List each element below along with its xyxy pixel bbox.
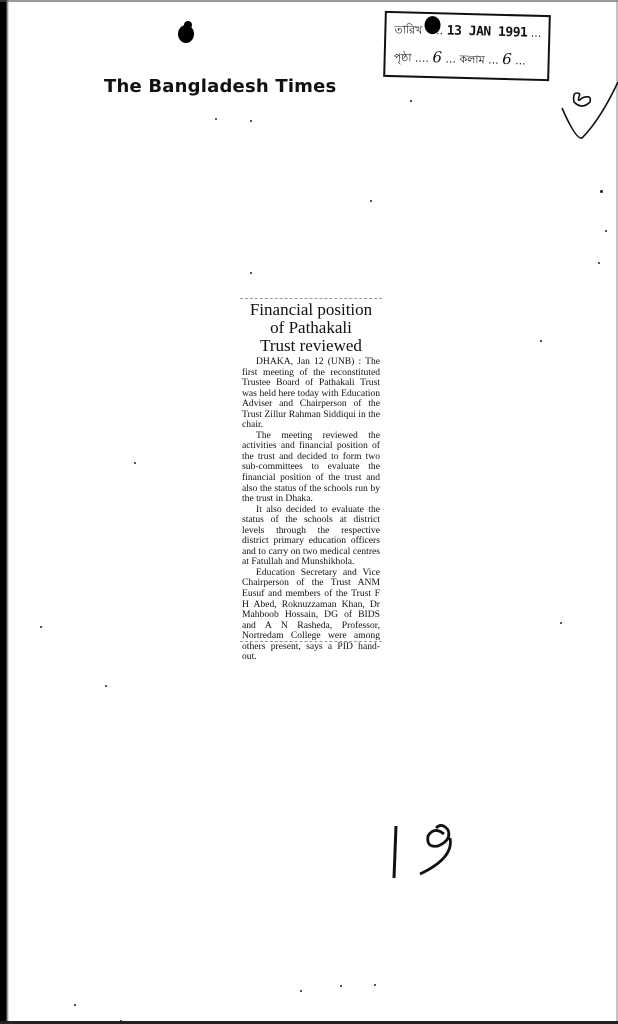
article-paragraph: DHAKA, Jan 12 (UNB) : The first meeting … [242,357,380,431]
article-body: DHAKA, Jan 12 (UNB) : The first meeting … [240,357,382,663]
publication-masthead: The Bangladesh Times [104,76,336,97]
handwritten-check-mark-icon [560,80,618,160]
handwritten-page-number [388,822,468,884]
scanned-page: The Bangladesh Times তারিখ .. 13 JAN 199… [0,0,618,1024]
article-paragraph: The meeting reviewed the activities and … [242,431,380,505]
stamp-column-label: কলাম [459,53,485,67]
scan-border-left [0,0,9,1024]
stamp-page-value: 6 [432,48,442,66]
stamp-page-label: পৃষ্ঠা [394,51,412,64]
stamp-page-row: পৃষ্ঠা .... 6 ... কলাম ... 6 ... [393,47,526,71]
stamp-date-label: তারিখ [394,23,422,37]
date-stamp: তারিখ .. 13 JAN 1991 ... পৃষ্ঠা .... 6 .… [383,11,551,81]
article-paragraph: Education Secretary and Vice Chairperson… [242,568,380,663]
newspaper-clipping: Financial position of Pathakali Trust re… [240,298,382,642]
ink-blot [176,20,196,44]
stamp-date: 13 JAN 1991 [447,23,528,40]
stamp-column-value: 6 [502,50,512,68]
article-headline: Financial position of Pathakali Trust re… [240,301,382,355]
stamp-date-row: তারিখ .. 13 JAN 1991 ... [394,21,541,44]
scan-border-top [0,0,618,2]
article-paragraph: It also decided to evaluate the status o… [242,505,380,568]
